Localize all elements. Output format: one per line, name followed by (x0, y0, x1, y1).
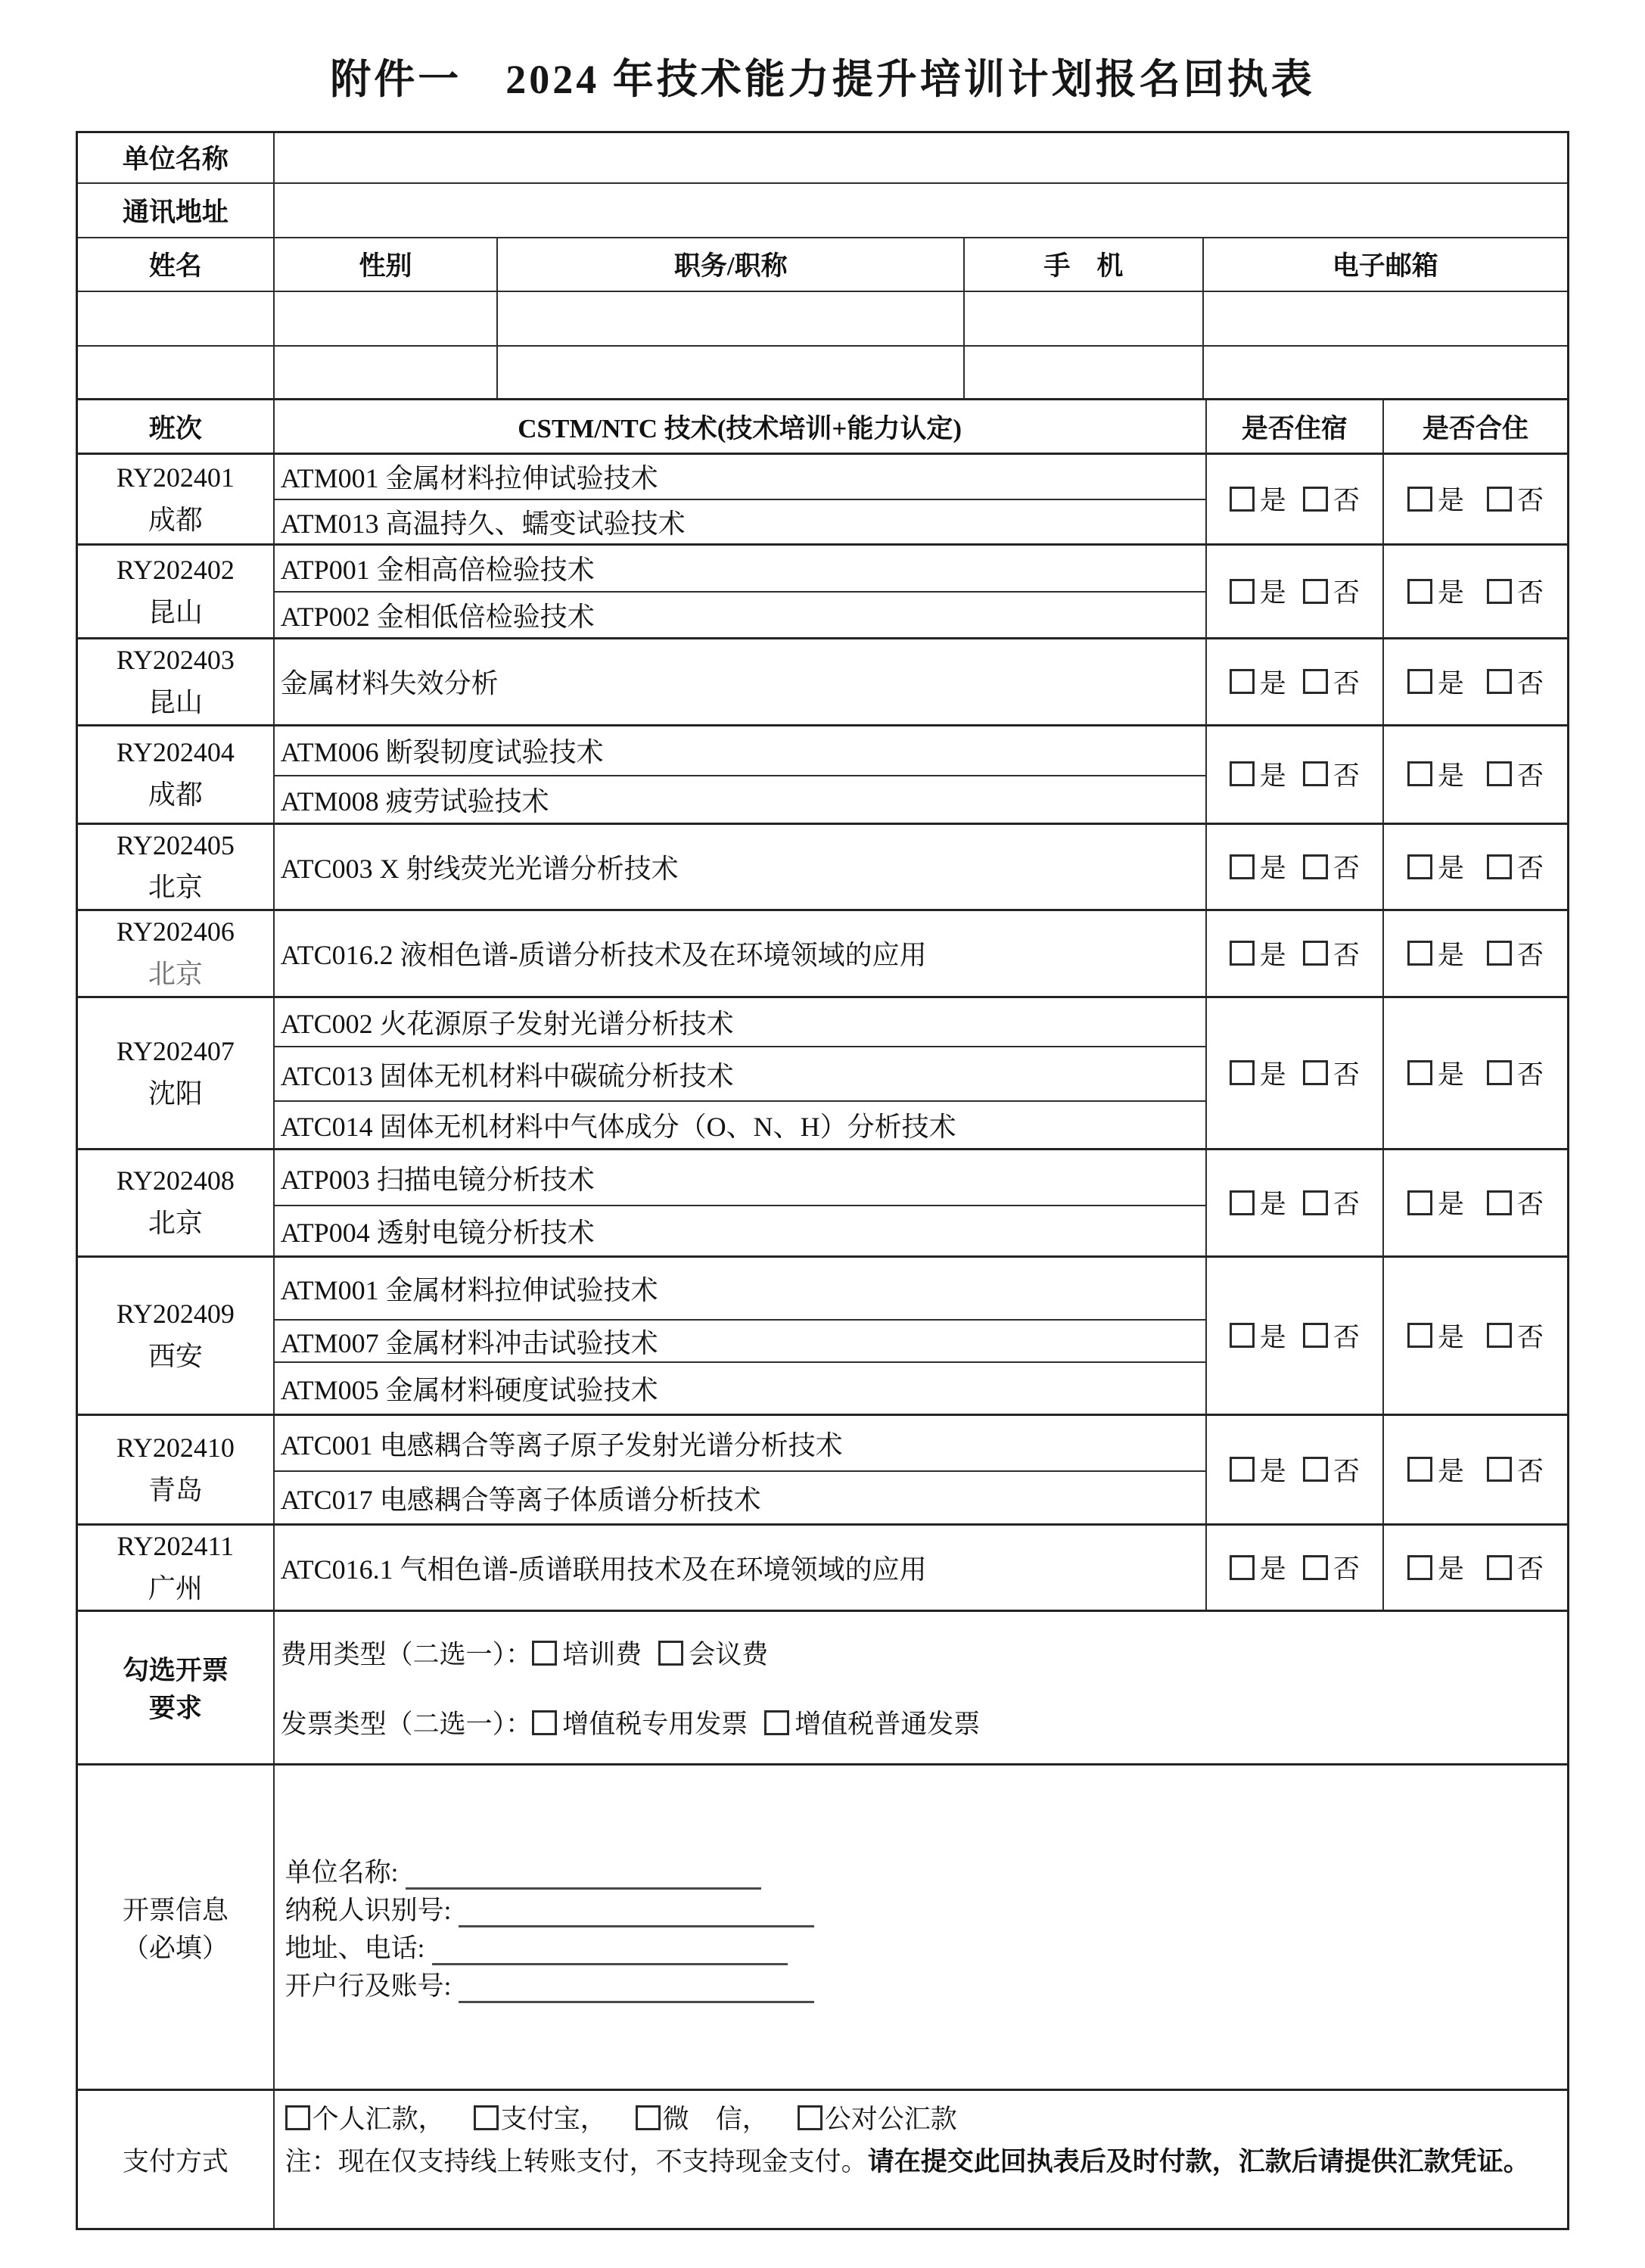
checkbox-square-icon (1407, 941, 1432, 966)
tech-cell: ATC014 固体无机材料中气体成分（O、N、H）分析技术 (274, 1101, 1206, 1149)
field-taxpayer-id-input-line[interactable] (459, 1895, 814, 1927)
checkbox-no[interactable]: 否 (1487, 1548, 1544, 1586)
checkbox-yes[interactable]: 是 (1230, 1548, 1286, 1586)
checkbox-yes[interactable]: 是 (1407, 848, 1464, 885)
checkbox-square-icon (798, 2105, 822, 2130)
unit-name-value-cell[interactable] (274, 132, 1569, 183)
share-checkbox-cell: 是否 (1383, 1414, 1568, 1524)
class-row: RY202406 北京 ATC016.2 液相色谱-质谱分析技术及在环境领域的应… (77, 910, 1569, 997)
class-code-cell: RY202405 北京 (77, 823, 274, 910)
attendee-email-cell[interactable] (1203, 291, 1569, 346)
checkbox-square-icon (1487, 1190, 1512, 1215)
checkbox-square-icon (1303, 669, 1328, 694)
class-city: 昆山 (84, 592, 267, 634)
class-city: 成都 (84, 499, 267, 542)
checkbox-square-icon (1230, 1555, 1255, 1580)
tech-cell: ATP001 金相高倍检验技术 (274, 545, 1206, 592)
class-city: 北京 (84, 1202, 267, 1245)
payment-note: 注：现在仅支持线上转账支付，不支持现金支付。请在提交此回执表后及时付款，汇款后请… (285, 2136, 1561, 2188)
field-bank-account-label: 开户行及账号: (285, 1965, 452, 2003)
class-city: 北京 (84, 866, 267, 909)
share-checkbox-cell: 是否 (1383, 545, 1568, 639)
share-checkbox-cell: 是否 (1383, 1149, 1568, 1256)
class-code-cell: RY202403 昆山 (77, 639, 274, 726)
stay-checkbox-cell: 是否 (1206, 639, 1384, 726)
checkbox-square-icon (636, 2105, 661, 2130)
checkbox-alipay[interactable]: 支付宝， (474, 2098, 607, 2136)
checkbox-square-icon (1230, 1190, 1255, 1215)
tech-cell: ATP004 透射电镜分析技术 (274, 1206, 1206, 1256)
checkbox-square-icon (1487, 1555, 1512, 1580)
invoice-select-label: 勾选开票 要求 (77, 1611, 274, 1765)
page-title: 附件一 2024 年技术能力提升培训计划报名回执表 (0, 0, 1645, 105)
checkbox-square-icon (1230, 761, 1255, 786)
checkbox-square-icon (1407, 579, 1432, 604)
class-city: 西安 (84, 1336, 267, 1378)
tech-cell: ATM008 疲劳试验技术 (274, 776, 1206, 823)
address-label: 通讯地址 (77, 183, 274, 238)
header-stay: 是否住宿 (1206, 400, 1384, 454)
checkbox-no[interactable]: 否 (1487, 572, 1544, 610)
invoice-info-label: 开票信息 （必填） (77, 1765, 274, 2090)
header-position: 职务/职称 (497, 238, 964, 291)
checkbox-square-icon (1230, 487, 1255, 512)
attendee-mobile-cell[interactable] (964, 346, 1202, 400)
checkbox-no[interactable]: 否 (1487, 848, 1544, 885)
class-code: RY202411 (84, 1526, 267, 1568)
class-code: RY202403 (84, 639, 267, 682)
tech-cell: ATC016.2 液相色谱-质谱分析技术及在环境领域的应用 (274, 910, 1206, 997)
share-checkbox-cell: 是否 (1383, 823, 1568, 910)
stay-checkbox-cell: 是否 (1206, 997, 1384, 1149)
scanned-form-page: 附件一 2024 年技术能力提升培训计划报名回执表 单位名称 通讯地址 姓名 性… (0, 0, 1645, 2268)
class-code-cell: RY202401 成都 (77, 454, 274, 545)
attendee-email-cell[interactable] (1203, 346, 1569, 400)
checkbox-square-icon (1407, 761, 1432, 786)
header-email: 电子邮箱 (1203, 238, 1569, 291)
field-address-phone-input-line[interactable] (432, 1933, 788, 1965)
checkbox-no[interactable]: 否 (1487, 663, 1544, 701)
checkbox-no[interactable]: 否 (1487, 755, 1544, 793)
checkbox-square-icon (1303, 1190, 1328, 1215)
checkbox-no[interactable]: 否 (1303, 755, 1360, 793)
field-address-phone-label: 地址、电话: (285, 1927, 425, 1965)
checkbox-fee-training[interactable]: 培训费 (532, 1634, 642, 1672)
checkbox-square-icon (1230, 1457, 1255, 1482)
header-gender: 性别 (274, 238, 498, 291)
share-checkbox-cell: 是否 (1383, 1256, 1568, 1414)
fee-type-prefix: 费用类型（二选一）： (281, 1634, 533, 1672)
attendee-gender-cell[interactable] (274, 291, 498, 346)
checkbox-square-icon (1303, 1323, 1328, 1348)
share-checkbox-cell: 是否 (1383, 454, 1568, 545)
checkbox-square-icon (1303, 1060, 1328, 1085)
class-row: RY202411 广州 ATC016.1 气相色谱-质谱联用技术及在环境领域的应… (77, 1524, 1569, 1611)
checkbox-square-icon (1407, 854, 1432, 879)
attendee-name-cell[interactable] (77, 291, 274, 346)
field-taxpayer-id-label: 纳税人识别号: (285, 1890, 452, 1927)
checkbox-no[interactable]: 否 (1303, 1054, 1360, 1092)
checkbox-yes[interactable]: 是 (1407, 755, 1464, 793)
checkbox-yes[interactable]: 是 (1230, 663, 1286, 701)
tech-cell: ATP002 金相低倍检验技术 (274, 592, 1206, 639)
checkbox-yes[interactable]: 是 (1230, 848, 1286, 885)
share-checkbox-cell: 是否 (1383, 997, 1568, 1149)
checkbox-square-icon (1407, 669, 1432, 694)
checkbox-square-icon (1487, 669, 1512, 694)
checkbox-yes[interactable]: 是 (1407, 1548, 1464, 1586)
header-mobile: 手 机 (964, 238, 1202, 291)
checkbox-square-icon (1230, 669, 1255, 694)
stay-checkbox-cell: 是否 (1206, 454, 1384, 545)
class-code-cell: RY202408 北京 (77, 1149, 274, 1256)
header-class: 班次 (77, 400, 274, 454)
payment-method-content: 个人汇款， 支付宝， 微 信， 公对公汇款 注：现在仅支持线上转账支付，不支持现… (274, 2090, 1569, 2229)
class-code: RY202405 (84, 825, 267, 867)
checkbox-square-icon (658, 1641, 683, 1666)
checkbox-yes[interactable]: 是 (1230, 480, 1286, 518)
schedule-table: 班次 CSTM/NTC 技术(技术培训+能力认定) 是否住宿 是否合住 RY20… (76, 398, 1569, 1612)
class-code: RY202402 (84, 549, 267, 592)
checkbox-yes[interactable]: 是 (1407, 480, 1464, 518)
stay-checkbox-cell: 是否 (1206, 1256, 1384, 1414)
checkbox-no[interactable]: 否 (1303, 480, 1360, 518)
header-name: 姓名 (77, 238, 274, 291)
field-bank-account-input-line[interactable] (459, 1971, 814, 2003)
checkbox-no[interactable]: 否 (1303, 848, 1360, 885)
checkbox-square-icon (1407, 1323, 1432, 1348)
class-row: RY202409 西安 ATM001 金属材料拉伸试验技术 是否 是否 (77, 1256, 1569, 1320)
checkbox-square-icon (1303, 1555, 1328, 1580)
field-unit-name-input-line[interactable] (406, 1857, 761, 1890)
tech-cell: ATM006 断裂韧度试验技术 (274, 725, 1206, 776)
checkbox-square-icon (474, 2105, 499, 2130)
checkbox-personal-transfer[interactable]: 个人汇款， (285, 2098, 445, 2136)
checkbox-no[interactable]: 否 (1303, 1548, 1360, 1586)
header-tech: CSTM/NTC 技术(技术培训+能力认定) (274, 400, 1206, 454)
tech-cell: ATM005 金属材料硬度试验技术 (274, 1362, 1206, 1414)
checkbox-yes[interactable]: 是 (1230, 1317, 1286, 1355)
checkbox-square-icon (1303, 1457, 1328, 1482)
checkbox-yes[interactable]: 是 (1230, 1184, 1286, 1221)
checkbox-no[interactable]: 否 (1487, 1451, 1544, 1489)
class-row: RY202408 北京 ATP003 扫描电镜分析技术 是否 是否 (77, 1149, 1569, 1206)
checkbox-no[interactable]: 否 (1487, 935, 1544, 972)
payment-method-label: 支付方式 (77, 2090, 274, 2229)
checkbox-square-icon (1303, 579, 1328, 604)
attendee-mobile-cell[interactable] (964, 291, 1202, 346)
class-row: RY202401 成都 ATM001 金属材料拉伸试验技术 是否 是否 (77, 454, 1569, 499)
tech-cell: ATP003 扫描电镜分析技术 (274, 1149, 1206, 1206)
tech-cell: ATC013 固体无机材料中碳硫分析技术 (274, 1047, 1206, 1101)
address-value-cell[interactable] (274, 183, 1569, 238)
tech-cell: 金属材料失效分析 (274, 639, 1206, 726)
tech-cell: ATC017 电感耦合等离子体质谱分析技术 (274, 1471, 1206, 1524)
checkbox-yes[interactable]: 是 (1407, 935, 1464, 972)
stay-checkbox-cell: 是否 (1206, 910, 1384, 997)
share-checkbox-cell: 是否 (1383, 1524, 1568, 1611)
checkbox-square-icon (1303, 941, 1328, 966)
checkbox-square-icon (1303, 854, 1328, 879)
checkbox-yes[interactable]: 是 (1230, 572, 1286, 610)
class-row: RY202402 昆山 ATP001 金相高倍检验技术 是否 是否 (77, 545, 1569, 592)
tech-cell: ATC001 电感耦合等离子原子发射光谱分析技术 (274, 1414, 1206, 1471)
invoice-info-content: 单位名称: 纳税人识别号: 地址、电话: 开户行及账号: (274, 1765, 1569, 2090)
checkbox-yes[interactable]: 是 (1407, 1317, 1464, 1355)
checkbox-square-icon (1487, 1060, 1512, 1085)
checkbox-yes[interactable]: 是 (1407, 663, 1464, 701)
class-code-cell: RY202411 广州 (77, 1524, 274, 1611)
class-city: 成都 (84, 774, 267, 817)
stay-checkbox-cell: 是否 (1206, 1414, 1384, 1524)
checkbox-square-icon (764, 1710, 789, 1735)
checkbox-square-icon (532, 1710, 557, 1735)
class-row: RY202403 昆山 金属材料失效分析 是否 是否 (77, 639, 1569, 726)
tech-cell: ATM007 金属材料冲击试验技术 (274, 1320, 1206, 1362)
checkbox-square-icon (1487, 941, 1512, 966)
attendee-row (77, 291, 1569, 346)
class-code-cell: RY202406 北京 (77, 910, 274, 997)
class-row: RY202407 沈阳 ATC002 火花源原子发射光谱分析技术 是否 是否 (77, 997, 1569, 1047)
invoice-type-prefix: 发票类型（二选一）： (281, 1703, 533, 1741)
class-city: 沈阳 (84, 1073, 267, 1115)
checkbox-square-icon (1407, 1457, 1432, 1482)
checkbox-no[interactable]: 否 (1303, 572, 1360, 610)
attendee-gender-cell[interactable] (274, 346, 498, 400)
share-checkbox-cell: 是否 (1383, 910, 1568, 997)
class-row: RY202410 青岛 ATC001 电感耦合等离子原子发射光谱分析技术 是否 … (77, 1414, 1569, 1471)
checkbox-square-icon (1407, 1190, 1432, 1215)
checkbox-no[interactable]: 否 (1487, 1054, 1544, 1092)
checkbox-no[interactable]: 否 (1487, 1317, 1544, 1355)
checkbox-square-icon (1487, 761, 1512, 786)
tech-cell: ATC002 火花源原子发射光谱分析技术 (274, 997, 1206, 1047)
checkbox-no[interactable]: 否 (1303, 663, 1360, 701)
share-checkbox-cell: 是否 (1383, 725, 1568, 823)
checkbox-corporate-transfer[interactable]: 公对公汇款 (798, 2098, 957, 2136)
checkbox-square-icon (1230, 941, 1255, 966)
class-code: RY202406 (84, 911, 267, 954)
invoice-payment-table: 勾选开票 要求 费用类型（二选一）： 培训费 会议费 发票类型（二选一）： 增值… (76, 1610, 1569, 2230)
checkbox-square-icon (1303, 487, 1328, 512)
checkbox-yes[interactable]: 是 (1407, 1184, 1464, 1221)
class-row: RY202405 北京 ATC003 X 射线荧光光谱分析技术 是否 是否 (77, 823, 1569, 910)
checkbox-square-icon (1303, 761, 1328, 786)
contact-info-table: 单位名称 通讯地址 姓名 性别 职务/职称 手 机 电子邮箱 (76, 131, 1569, 400)
class-code-cell: RY202410 青岛 (77, 1414, 274, 1524)
tech-cell: ATM001 金属材料拉伸试验技术 (274, 454, 1206, 499)
class-code: RY202409 (84, 1293, 267, 1336)
checkbox-square-icon (1487, 1323, 1512, 1348)
header-share: 是否合住 (1383, 400, 1568, 454)
checkbox-square-icon (1487, 854, 1512, 879)
attendee-row (77, 346, 1569, 400)
tech-cell: ATC003 X 射线荧光光谱分析技术 (274, 823, 1206, 910)
checkbox-square-icon (1487, 579, 1512, 604)
checkbox-wechat[interactable]: 微 信， (636, 2098, 769, 2136)
checkbox-square-icon (1487, 487, 1512, 512)
checkbox-yes[interactable]: 是 (1407, 1054, 1464, 1092)
attendee-position-cell[interactable] (497, 346, 964, 400)
tech-cell: ATC016.1 气相色谱-质谱联用技术及在环境领域的应用 (274, 1524, 1206, 1611)
tech-cell: ATM013 高温持久、蠕变试验技术 (274, 499, 1206, 545)
checkbox-yes[interactable]: 是 (1230, 935, 1286, 972)
attendee-name-cell[interactable] (77, 346, 274, 400)
class-code: RY202404 (84, 732, 267, 774)
checkbox-square-icon (1230, 1323, 1255, 1348)
stay-checkbox-cell: 是否 (1206, 725, 1384, 823)
checkbox-yes[interactable]: 是 (1230, 755, 1286, 793)
checkbox-yes[interactable]: 是 (1407, 572, 1464, 610)
checkbox-invoice-general[interactable]: 增值税普通发票 (764, 1703, 980, 1741)
checkbox-square-icon (1407, 1060, 1432, 1085)
share-checkbox-cell: 是否 (1383, 639, 1568, 726)
checkbox-square-icon (532, 1641, 557, 1666)
checkbox-yes[interactable]: 是 (1230, 1054, 1286, 1092)
checkbox-square-icon (285, 2105, 310, 2130)
class-city: 广州 (84, 1568, 267, 1610)
checkbox-square-icon (1230, 854, 1255, 879)
class-code-cell: RY202402 昆山 (77, 545, 274, 639)
class-code: RY202408 (84, 1160, 267, 1202)
field-unit-name-label: 单位名称: (285, 1852, 399, 1890)
class-code-cell: RY202404 成都 (77, 725, 274, 823)
checkbox-no[interactable]: 否 (1303, 1317, 1360, 1355)
checkbox-no[interactable]: 否 (1303, 1451, 1360, 1489)
class-code-cell: RY202407 沈阳 (77, 997, 274, 1149)
class-code: RY202401 (84, 457, 267, 499)
stay-checkbox-cell: 是否 (1206, 545, 1384, 639)
checkbox-square-icon (1230, 1060, 1255, 1085)
checkbox-no[interactable]: 否 (1303, 1184, 1360, 1221)
tech-cell: ATM001 金属材料拉伸试验技术 (274, 1256, 1206, 1320)
checkbox-no[interactable]: 否 (1487, 480, 1544, 518)
checkbox-square-icon (1407, 487, 1432, 512)
stay-checkbox-cell: 是否 (1206, 1149, 1384, 1256)
checkbox-square-icon (1407, 1555, 1432, 1580)
invoice-select-content: 费用类型（二选一）： 培训费 会议费 发票类型（二选一）： 增值税专用发票 增值… (274, 1611, 1569, 1765)
checkbox-fee-conference[interactable]: 会议费 (658, 1634, 768, 1672)
checkbox-no[interactable]: 否 (1487, 1184, 1544, 1221)
checkbox-square-icon (1487, 1457, 1512, 1482)
checkbox-invoice-special[interactable]: 增值税专用发票 (532, 1703, 748, 1741)
checkbox-yes[interactable]: 是 (1230, 1451, 1286, 1489)
checkbox-no[interactable]: 否 (1303, 935, 1360, 972)
class-city: 昆山 (84, 682, 267, 724)
class-city: 青岛 (84, 1470, 267, 1512)
checkbox-square-icon (1230, 579, 1255, 604)
class-code: RY202410 (84, 1427, 267, 1470)
class-row: RY202404 成都 ATM006 断裂韧度试验技术 是否 是否 (77, 725, 1569, 776)
class-city: 北京 (84, 954, 267, 996)
unit-name-label: 单位名称 (77, 132, 274, 183)
stay-checkbox-cell: 是否 (1206, 823, 1384, 910)
class-code-cell: RY202409 西安 (77, 1256, 274, 1414)
attendee-position-cell[interactable] (497, 291, 964, 346)
class-code: RY202407 (84, 1031, 267, 1073)
stay-checkbox-cell: 是否 (1206, 1524, 1384, 1611)
checkbox-yes[interactable]: 是 (1407, 1451, 1464, 1489)
